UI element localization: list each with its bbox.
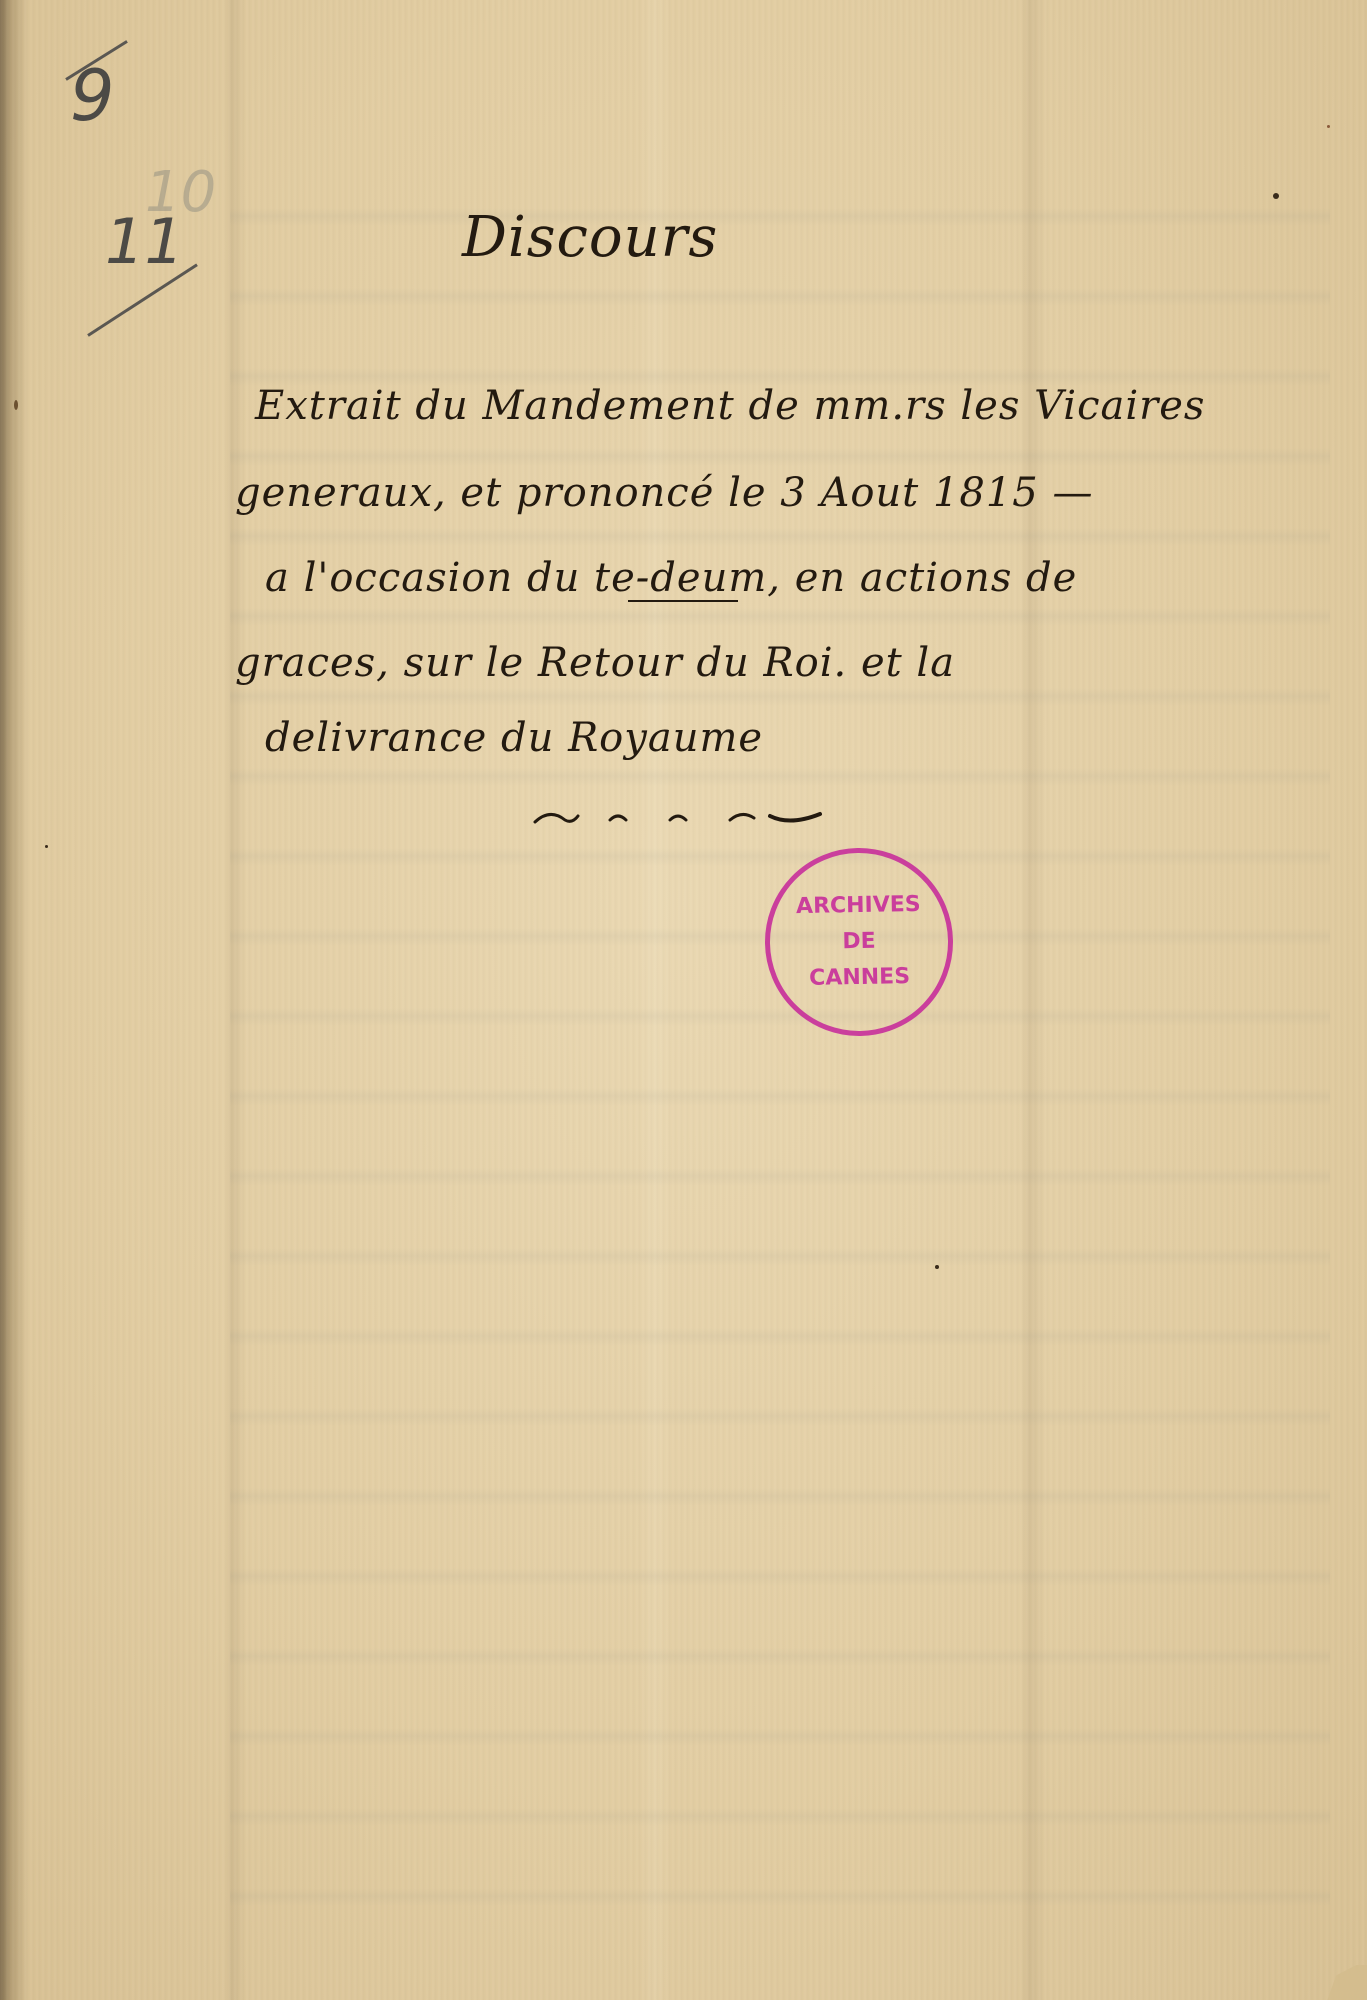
body-line-2: generaux, et prononcé le 3 Aout 1815 — — [235, 470, 1093, 516]
folio-mark-middle: 11 — [105, 205, 184, 278]
flourish-divider — [530, 800, 830, 830]
body-line-3: a l'occasion du te-deum, en actions de — [265, 555, 1077, 601]
ink-speck — [1327, 125, 1330, 128]
stamp-line-2: DE — [842, 924, 876, 961]
document-title: Discours — [462, 205, 718, 270]
stamp-line-1: ARCHIVES — [796, 887, 921, 925]
ink-speck — [14, 400, 18, 410]
ink-speck — [45, 845, 48, 848]
body-line-4: graces, sur le Retour du Roi. et la — [235, 640, 955, 686]
te-deum-underline — [628, 600, 738, 602]
folio-mark-top: 9 — [70, 55, 115, 137]
body-line-1: Extrait du Mandement de mm.rs les Vicair… — [255, 383, 1205, 429]
stamp-line-3: CANNES — [809, 959, 910, 997]
ink-speck — [935, 1265, 939, 1269]
ink-speck — [1273, 193, 1279, 199]
paper-background — [0, 0, 1367, 2000]
body-line-5: delivrance du Royaume — [265, 715, 763, 761]
